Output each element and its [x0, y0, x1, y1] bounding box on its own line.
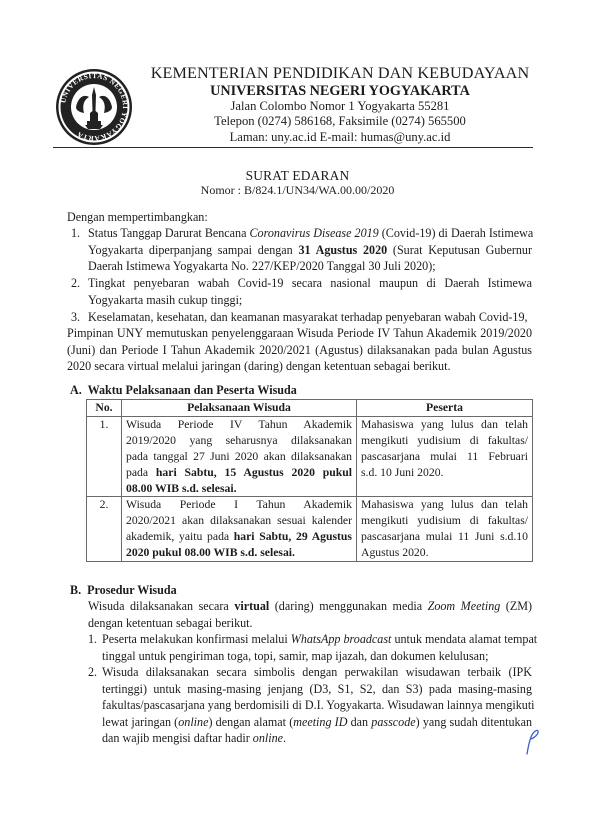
text-line: Yogyakarta diperpanjang sampai dengan 31…: [88, 242, 532, 259]
row-number: 1.: [87, 416, 122, 497]
text-line: mengikuti yudisium di fakultas/: [361, 433, 528, 449]
considering-item-2: Tingkat penyebaran wabah Covid-19 secara…: [88, 275, 532, 308]
considering-item-number: 1.: [71, 225, 80, 242]
procedure-item-1: Peserta melakukan konfirmasi melalui Wha…: [102, 631, 532, 664]
table-header-row: No. Pelaksanaan Wisuda Peserta: [87, 400, 533, 417]
text-line: Keselamatan, kesehatan, dan keamanan mas…: [88, 309, 532, 326]
document-page: UNIVERSITAS NEGERI YOGYAKARTA KEMENTERIA…: [0, 0, 595, 839]
text-line: Peserta melakukan konfirmasi melalui Wha…: [102, 631, 532, 648]
text-line: 2020 pukul 08.00 WIB s.d. selesai.: [126, 545, 352, 561]
considering-item-1: Status Tanggap Darurat Bencana Coronavir…: [88, 225, 532, 275]
text-line: Status Tanggap Darurat Bencana Coronavir…: [88, 225, 532, 242]
document-number: Nomor : B/824.1/UN34/WA.00.00/2020: [0, 183, 595, 198]
peserta-cell: Mahasiswa yang lulus dan telahmengikuti …: [357, 416, 533, 497]
text-line: pada hari Sabtu, 15 Agustus 2020 pukul: [126, 465, 352, 481]
text-line: dengan ketentuan sebagai berikut.: [88, 615, 532, 632]
section-b-intro: Wisuda dilaksanakan secara virtual (dari…: [88, 598, 532, 631]
procedure-item-2: Wisuda dilaksanakan secara simbolis deng…: [102, 664, 532, 747]
document-title: SURAT EDARAN: [0, 168, 595, 184]
text-line: Yogyakarta masih cukup tinggi;: [88, 292, 532, 309]
text-line: (Juni) dan Periode I Tahun Akademik 2020…: [67, 342, 532, 359]
initial-signature-mark-icon: [524, 726, 544, 756]
text-line: pada tanggal 27 Juni 2020 akan dilaksana…: [126, 449, 352, 465]
text-line: lewat jaringan (online) dengan alamat (m…: [102, 714, 532, 731]
text-line: 08.00 WIB s.d. selesai.: [126, 481, 352, 497]
considering-item-number: 3.: [71, 309, 80, 326]
decision-paragraph: Pimpinan UNY memutuskan penyelenggaraan …: [67, 325, 532, 375]
letterhead-divider: [53, 147, 533, 148]
considering-item-number: 2.: [71, 275, 80, 292]
table-row: 2. Wisuda Periode I Tahun Akademik2020/2…: [87, 497, 533, 562]
text-line: Mahasiswa yang lulus dan telah: [361, 417, 528, 433]
column-header-no: No.: [87, 400, 122, 417]
text-line: Wisuda dilaksanakan secara simbolis deng…: [102, 664, 532, 681]
text-line: tinggal untuk pengiriman toga, topi, sam…: [102, 648, 532, 665]
column-header-pelaksanaan: Pelaksanaan Wisuda: [122, 400, 357, 417]
column-header-peserta: Peserta: [357, 400, 533, 417]
row-number: 2.: [87, 497, 122, 562]
text-line: pascasarjana mulai 11 Februari: [361, 449, 528, 465]
university-address: Jalan Colombo Nomor 1 Yogyakarta 55281: [120, 99, 560, 114]
procedure-item-number: 2.: [88, 664, 97, 681]
peserta-cell: Mahasiswa yang lulus dan telahmengikuti …: [357, 497, 533, 562]
pelaksanaan-cell: Wisuda Periode I Tahun Akademik2020/2021…: [122, 497, 357, 562]
text-line: Pimpinan UNY memutuskan penyelenggaraan …: [67, 325, 532, 342]
text-line: 2020/2021 akan dilaksanakan sesuai kalen…: [126, 513, 352, 529]
procedure-item-number: 1.: [88, 631, 97, 648]
text-line: pascasarjana mulai 11 Juni s.d.10: [361, 529, 528, 545]
text-line: 2019/2020 yang seharusnya dilaksanakan: [126, 433, 352, 449]
considering-intro: Dengan mempertimbangkan:: [67, 209, 208, 226]
text-line: Tingkat penyebaran wabah Covid-19 secara…: [88, 275, 532, 292]
text-line: Mahasiswa yang lulus dan telah: [361, 497, 528, 513]
section-b-heading: B. Prosedur Wisuda: [70, 582, 177, 599]
text-line: Wisuda Periode IV Tahun Akademik: [126, 417, 352, 433]
text-line: Wisuda dilaksanakan secara virtual (dari…: [88, 598, 532, 615]
text-line: dan wajib mengisi daftar hadir online.: [102, 730, 532, 747]
text-line: s.d. 10 Juni 2020.: [361, 465, 528, 481]
text-line: Wisuda Periode I Tahun Akademik: [126, 497, 352, 513]
text-line: Daerah Istimewa Yogyakarta No. 227/KEP/2…: [88, 258, 532, 275]
text-line: tertinggi) untuk masing-masing jenjang (…: [102, 681, 532, 698]
section-a-heading: A. Waktu Pelaksanaan dan Peserta Wisuda: [70, 382, 297, 399]
phone-fax: Telepon (0274) 586168, Faksimile (0274) …: [120, 114, 560, 129]
text-line: 2020 secara virtual melalui jaringan (da…: [67, 358, 532, 375]
text-line: akademik, yaitu pada hari Sabtu, 29 Agus…: [126, 529, 352, 545]
text-line: mengikuti yudisium di fakultas/: [361, 513, 528, 529]
pelaksanaan-cell: Wisuda Periode IV Tahun Akademik2019/202…: [122, 416, 357, 497]
letterhead: KEMENTERIAN PENDIDIKAN DAN KEBUDAYAAN UN…: [120, 64, 560, 145]
text-line: fakultas/pascasarjana yang berdomisili d…: [102, 697, 532, 714]
considering-item-3: Keselamatan, kesehatan, dan keamanan mas…: [88, 309, 532, 326]
university-name: UNIVERSITAS NEGERI YOGYAKARTA: [120, 83, 560, 99]
ministry-name: KEMENTERIAN PENDIDIKAN DAN KEBUDAYAAN: [120, 64, 560, 83]
web-email: Laman: uny.ac.id E-mail: humas@uny.ac.id: [120, 130, 560, 145]
table-row: 1. Wisuda Periode IV Tahun Akademik2019/…: [87, 416, 533, 497]
text-line: Agustus 2020.: [361, 545, 528, 561]
graduation-schedule-table: No. Pelaksanaan Wisuda Peserta 1. Wisuda…: [86, 399, 533, 562]
